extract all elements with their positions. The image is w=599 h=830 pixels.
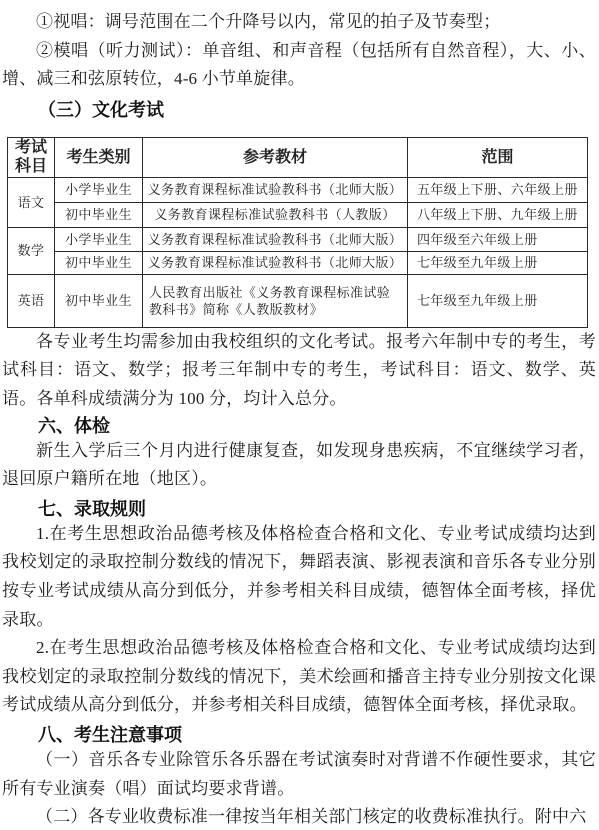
cell-material: 义务教育课程标准试验教科书（北师大版） — [143, 251, 408, 274]
paragraph-sight-singing: ①视唱：调号范围在二个升降号以内，常见的拍子及节奏型； — [2, 8, 596, 37]
heading-candidate-notes: 八、考生注意事项 — [38, 724, 596, 746]
table-header-row: 考试科目 考生类别 参考教材 范围 — [8, 137, 588, 177]
cell-material: 义务教育课程标准试验教科书（北师大版） — [143, 227, 408, 251]
header-scope: 范围 — [408, 137, 588, 177]
cell-range: 五年级上下册、六年级上册 — [408, 177, 588, 202]
cell-material: 义务教育课程标准试验教科书（北师大版） — [143, 177, 408, 202]
table-row-chinese-junior: 初中毕业生 义务教育课程标准试验教科书（人教版） 八年级上下册、九年级上册 — [8, 202, 588, 227]
table-row-math-junior: 初中毕业生 义务教育课程标准试验教科书（北师大版） 七年级至九年级上册 — [8, 251, 588, 274]
cell-category: 小学毕业生 — [55, 177, 143, 202]
header-candidate-category: 考生类别 — [55, 137, 143, 177]
cell-range: 八年级上下册、九年级上册 — [408, 202, 588, 227]
cell-category: 初中毕业生 — [55, 251, 143, 274]
paragraph-candidate-note-1: （一）音乐各专业除管乐各乐器在考试演奏时对背谱不作硬性要求，其它所有专业演奏（唱… — [2, 746, 596, 803]
table-row-chinese-primary: 语文 小学毕业生 义务教育课程标准试验教科书（北师大版） 五年级上下册、六年级上… — [8, 177, 588, 202]
cell-material: 义务教育课程标准试验教科书（人教版） — [143, 202, 408, 227]
header-exam-subject: 考试科目 — [8, 137, 55, 177]
cell-category: 初中毕业生 — [55, 274, 143, 327]
cell-category: 小学毕业生 — [55, 227, 143, 251]
paragraph-admission-rule-1: 1.在考生思想政治品德考核及体格检查合格和文化、专业考试成绩均达到我校划定的录取… — [2, 520, 596, 634]
heading-culture-exam: （三）文化考试 — [38, 99, 596, 121]
heading-physical-exam: 六、体检 — [38, 415, 596, 437]
cell-range: 七年级至九年级上册 — [408, 251, 588, 274]
header-reference-material: 参考教材 — [143, 137, 408, 177]
table-row-math-primary: 数学 小学毕业生 义务教育课程标准试验教科书（北师大版） 四年级至六年级上册 — [8, 227, 588, 251]
paragraph-culture-exam-desc: 各专业考生均需参加由我校组织的文化考试。报考六年制中专的考生，考试科目：语文、数… — [2, 328, 596, 414]
heading-admission-rules: 七、录取规则 — [38, 498, 596, 520]
cell-material: 人民教育出版社《义务教育课程标准试验教科书》简称《人教版教材》 — [143, 274, 408, 327]
paragraph-candidate-note-2: （二）各专业收费标准一律按当年相关部门核定的收费标准执行。附中六 — [2, 803, 596, 830]
document-page: ①视唱：调号范围在二个升降号以内，常见的拍子及节奏型； ②模唱（听力测试）：单音… — [0, 0, 599, 830]
paragraph-physical-exam: 新生入学后三个月内进行健康复查，如发现身患疾病，不宜继续学习者，退回原户籍所在地… — [2, 437, 596, 494]
paragraph-model-singing: ②模唱（听力测试）：单音组、和声音程（包括所有自然音程），大、小、增、减三和弦原… — [2, 37, 596, 94]
cell-range: 四年级至六年级上册 — [408, 227, 588, 251]
paragraph-admission-rule-2: 2.在考生思想政治品德考核及体格检查合格和文化、专业考试成绩均达到我校划定的录取… — [2, 634, 596, 720]
cell-subject-chinese: 语文 — [8, 177, 55, 227]
table-row-english-junior: 英语 初中毕业生 人民教育出版社《义务教育课程标准试验教科书》简称《人教版教材》… — [8, 274, 588, 327]
culture-exam-table: 考试科目 考生类别 参考教材 范围 语文 小学毕业生 义务教育课程标准试验教科书… — [7, 137, 588, 328]
cell-subject-english: 英语 — [8, 274, 55, 327]
cell-range: 七年级至九年级上册 — [408, 274, 588, 327]
cell-subject-math: 数学 — [8, 227, 55, 274]
cell-category: 初中毕业生 — [55, 202, 143, 227]
